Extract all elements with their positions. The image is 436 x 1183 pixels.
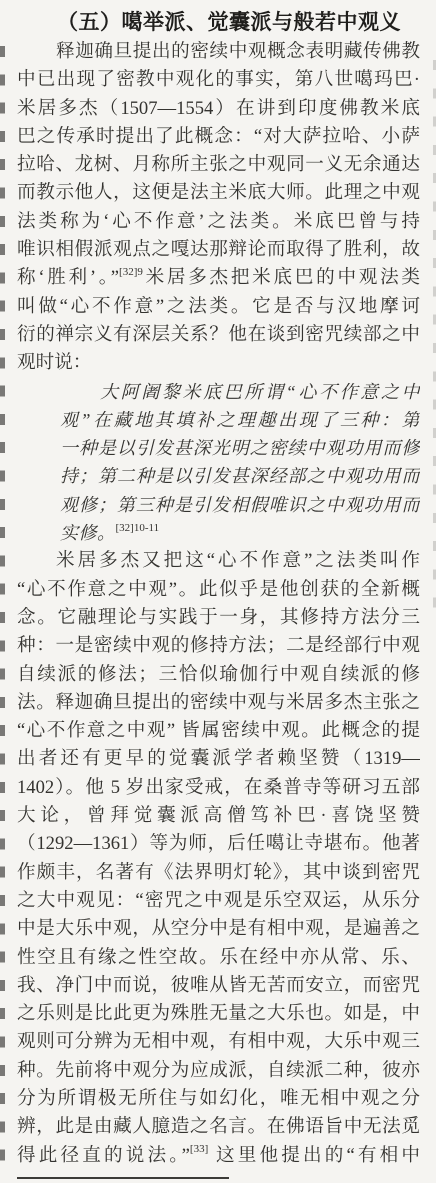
text-run: 叫做“心不作意”之法类。它是否与汉地摩诃 — [17, 296, 420, 317]
text-line: 衍的禅宗义有深层关系？他在谈到密咒续部之中 — [17, 321, 420, 349]
text-run: 衍的禅宗义有深层关系？他在谈到密咒续部之中 — [17, 324, 420, 345]
text-line: 法类称为‘心不作意’之法类。米底巴曾与持 — [17, 208, 420, 236]
text-run: 之大中观见：“密咒之中观是乐空双运，从乐分 — [17, 890, 420, 911]
scan-gutter-artifact-left — [0, 46, 5, 1162]
text-run: 辨，此是由藏人臆造之名言。在佛语旨中无法觅 — [17, 1116, 420, 1137]
text-line: 出者还有更早的觉囊派学者赖坚赞（1319— — [17, 745, 420, 773]
text-run: “心不作意之中观” 皆属密续中观。此概念的提 — [17, 720, 420, 741]
text-run: 中是大乐中观，从空分中是有相中观，是遍善之 — [17, 918, 420, 939]
text-line: 念。它融理论与实践于一身，其修持方法分三 — [17, 604, 420, 632]
text-line: “心不作意之中观” 皆属密续中观。此概念的提 — [17, 717, 420, 745]
text-line: 中已出现了密教中观化的事实，第八世噶玛巴· — [17, 66, 420, 94]
scanned-book-page: （五）噶举派、觉囊派与般若中观义 释迦确旦提出的密续中观概念表明藏传佛教中已出现… — [0, 0, 436, 1183]
text-line: （1292—1361）等为师，后任噶让寺堪布。他著 — [17, 830, 420, 858]
text-line: 我、净门中而说，彼唯从皆无苦而安立，而密咒 — [17, 972, 420, 1000]
text-line: 释迦确旦提出的密续中观概念表明藏传佛教 — [17, 38, 420, 66]
text-line: 观修；第三种是引发相假唯识之中观功用而 — [60, 491, 420, 519]
text-line: 种。先前将中观分为应成派，自续派二种，彼亦 — [17, 1057, 420, 1085]
text-run: 念。它融理论与实践于一身，其修持方法分三 — [17, 607, 420, 628]
text-line: 称‘胜利’。”[32]9米居多杰把米底巴的中观法类 — [17, 264, 420, 292]
text-run: 作颇丰，名著有《法界明灯轮》，其中谈到密咒 — [17, 862, 420, 883]
text-run: 观修；第三种是引发相假唯识之中观功用而 — [60, 495, 420, 515]
text-run: （1292—1361）等为师，后任噶让寺堪布。他著 — [17, 833, 420, 854]
text-line: 拉哈、龙树、月称所主张之中观同一义无余通达 — [17, 151, 420, 179]
text-run: “心不作意之中观”。此似乎是他创获的全新概 — [17, 579, 420, 600]
text-line: 自续派的修法；三恰似瑜伽行中观自续派的修 — [17, 661, 420, 689]
text-line: 观”在藏地其填补之理趣出现了三种：第 — [60, 406, 420, 434]
text-line: 中是大乐中观，从空分中是有相中观，是遍善之 — [17, 915, 420, 943]
text-run: 1402）。他 5 岁出家受戒，在桑普寺等研习五部 — [17, 777, 420, 798]
text-line: 法。释迦确旦提出的密续中观与米居多杰主张之 — [17, 689, 420, 717]
text-line: 持；第二种是以引发甚深经部之中观功用而 — [60, 462, 420, 490]
text-run: 性空且有缘之性空故。乐在经中亦从常、乐、 — [17, 947, 420, 968]
text-line: 性空且有缘之性空故。乐在经中亦从常、乐、 — [17, 944, 420, 972]
text-run: 种。先前将中观分为应成派，自续派二种，彼亦 — [17, 1060, 420, 1081]
text-run: 一种是以引发甚深光明之密续中观功用而修 — [60, 438, 420, 458]
text-run: 我、净门中而说，彼唯从皆无苦而安立，而密咒 — [17, 975, 420, 996]
text-line: 作颇丰，名著有《法界明灯轮》，其中谈到密咒 — [17, 859, 420, 887]
text-run: 米居多杰（1507—1554）在讲到印度佛教米底 — [17, 98, 420, 119]
text-run: 之乐则是比此更为殊胜无量之大乐也。如是，中 — [17, 1003, 420, 1024]
footnote-reference: [32]10-11 — [116, 522, 160, 534]
text-line: 实修。[32]10-11 — [60, 519, 420, 547]
text-run: 种：一是密续中观的修持方法；二是经部行中观 — [17, 635, 420, 656]
text-run: 观”在藏地其填补之理趣出现了三种：第 — [60, 410, 420, 430]
footnote-reference: [32]9 — [119, 266, 143, 278]
text-run: 大阿阇黎米底巴所谓“心不作意之中 — [100, 382, 420, 402]
body-paragraph: 释迦确旦提出的密续中观概念表明藏传佛教中已出现了密教中观化的事实，第八世噶玛巴·… — [17, 38, 420, 378]
footnote-separator-rule — [17, 1177, 229, 1179]
text-line: 巴之传承时提出了此概念：“对大萨拉哈、小萨 — [17, 123, 420, 151]
block-quote: 大阿阇黎米底巴所谓“心不作意之中观”在藏地其填补之理趣出现了三种：第一种是以引发… — [60, 378, 420, 548]
text-line: 种：一是密续中观的修持方法；二是经部行中观 — [17, 632, 420, 660]
text-run: 出者还有更早的觉囊派学者赖坚赞（1319— — [17, 748, 420, 769]
text-run: 法。释迦确旦提出的密续中观与米居多杰主张之 — [17, 692, 420, 713]
text-line: 大阿阇黎米底巴所谓“心不作意之中 — [60, 378, 420, 406]
text-line: 之大中观见：“密咒之中观是乐空双运，从乐分 — [17, 887, 420, 915]
text-run: 而教示他人，这便是法主米底大师。此理之中观 — [17, 182, 420, 203]
text-line: 分为所谓极无所住与如幻化，唯无相中观之分 — [17, 1085, 420, 1113]
text-line: “心不作意之中观”。此似乎是他创获的全新概 — [17, 576, 420, 604]
section-title: （五）噶举派、觉囊派与般若中观义 — [57, 8, 420, 38]
text-run: 巴之传承时提出了此概念：“对大萨拉哈、小萨 — [17, 126, 420, 147]
text-run: 米居多杰把米底巴的中观法类 — [143, 267, 420, 288]
text-run: 米居多杰又把这“心不作意”之法类叫作 — [56, 550, 420, 571]
text-run: 拉哈、龙树、月称所主张之中观同一义无余通达 — [17, 154, 420, 175]
text-run: 这里他提出的“有相中 — [208, 1145, 420, 1166]
footnote-reference: [33] — [190, 1143, 208, 1155]
text-line: 观时说： — [17, 349, 420, 377]
text-line: 观则可分辨为无相中观，有相中观，大乐中观三 — [17, 1028, 420, 1056]
text-run: 法类称为‘心不作意’之法类。米底巴曾与持 — [17, 211, 420, 232]
text-line: 唯识相假派观点之嘎达那辩论而取得了胜利，故 — [17, 236, 420, 264]
text-run: 唯识相假派观点之嘎达那辩论而取得了胜利，故 — [17, 239, 420, 260]
text-run: 持；第二种是以引发甚深经部之中观功用而 — [60, 466, 420, 486]
text-run: 中已出现了密教中观化的事实，第八世噶玛巴· — [17, 69, 420, 90]
text-line: 得此径直的说法。”[33] 这里他提出的“有相中 — [17, 1142, 420, 1170]
text-run: 称‘胜利’。” — [17, 267, 119, 288]
text-run: 实修。 — [60, 523, 116, 543]
text-line: 辨，此是由藏人臆造之名言。在佛语旨中无法觅 — [17, 1113, 420, 1141]
text-line: 1402）。他 5 岁出家受戒，在桑普寺等研习五部 — [17, 774, 420, 802]
text-blocks: 释迦确旦提出的密续中观概念表明藏传佛教中已出现了密教中观化的事实，第八世噶玛巴·… — [17, 38, 420, 1170]
text-line: 米居多杰又把这“心不作意”之法类叫作 — [17, 547, 420, 575]
text-run: 自续派的修法；三恰似瑜伽行中观自续派的修 — [17, 664, 420, 685]
text-run: 分为所谓极无所住与如幻化，唯无相中观之分 — [17, 1088, 420, 1109]
text-run: 释迦确旦提出的密续中观概念表明藏传佛教 — [56, 41, 420, 62]
text-run: 观则可分辨为无相中观，有相中观，大乐中观三 — [17, 1031, 420, 1052]
text-run: 大论，曾拜觉囊派高僧笃补巴·喜饶坚赞 — [17, 805, 420, 826]
text-line: 米居多杰（1507—1554）在讲到印度佛教米底 — [17, 95, 420, 123]
text-line: 一种是以引发甚深光明之密续中观功用而修 — [60, 434, 420, 462]
text-run: 观时说： — [17, 352, 91, 373]
text-line: 叫做“心不作意”之法类。它是否与汉地摩诃 — [17, 293, 420, 321]
text-line: 而教示他人，这便是法主米底大师。此理之中观 — [17, 179, 420, 207]
text-line: 大论，曾拜觉囊派高僧笃补巴·喜饶坚赞 — [17, 802, 420, 830]
text-run: 得此径直的说法。” — [17, 1145, 190, 1166]
text-line: 之乐则是比此更为殊胜无量之大乐也。如是，中 — [17, 1000, 420, 1028]
body-paragraph: 米居多杰又把这“心不作意”之法类叫作“心不作意之中观”。此似乎是他创获的全新概念… — [17, 547, 420, 1170]
